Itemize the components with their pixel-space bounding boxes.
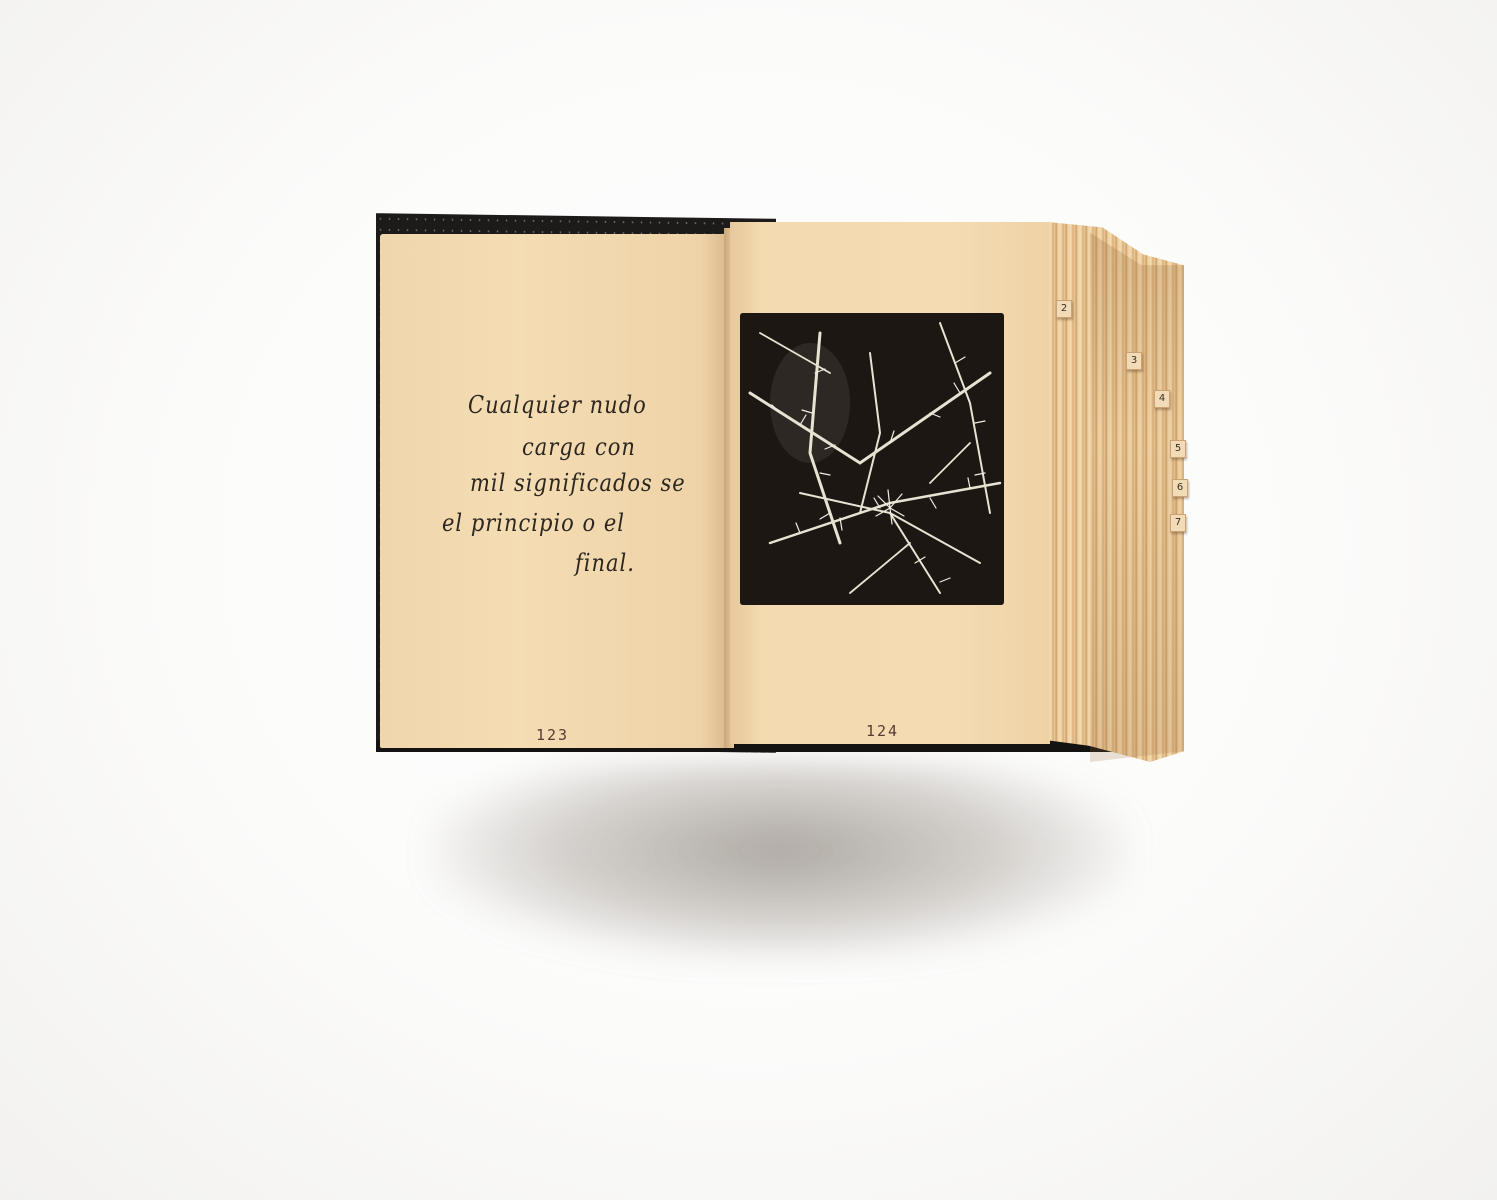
handwriting-line: Cualquier nudo [468, 391, 647, 419]
left-page-number: 123 [536, 726, 569, 744]
handwriting-line: el principio o el [442, 509, 625, 537]
index-tab[interactable]: 7 [1170, 514, 1186, 532]
book-shadow [430, 760, 1130, 960]
index-tab[interactable]: 6 [1172, 479, 1188, 497]
thorny-branches-photo [740, 313, 1004, 605]
handwriting-line: mil significados se [470, 469, 686, 497]
handwritten-note: Cualquier nudo carga con mil significado… [430, 385, 690, 585]
branches-illustration [740, 313, 1004, 605]
page-stack-shading [1090, 222, 1184, 762]
index-tab[interactable]: 5 [1170, 440, 1186, 458]
right-page-number: 124 [866, 722, 899, 740]
handwriting-line: carga con [522, 433, 636, 461]
handwriting-line: final. [575, 549, 635, 577]
index-tab[interactable]: 3 [1126, 352, 1142, 370]
index-tab[interactable]: 4 [1154, 390, 1170, 408]
index-tab[interactable]: 2 [1056, 300, 1072, 318]
